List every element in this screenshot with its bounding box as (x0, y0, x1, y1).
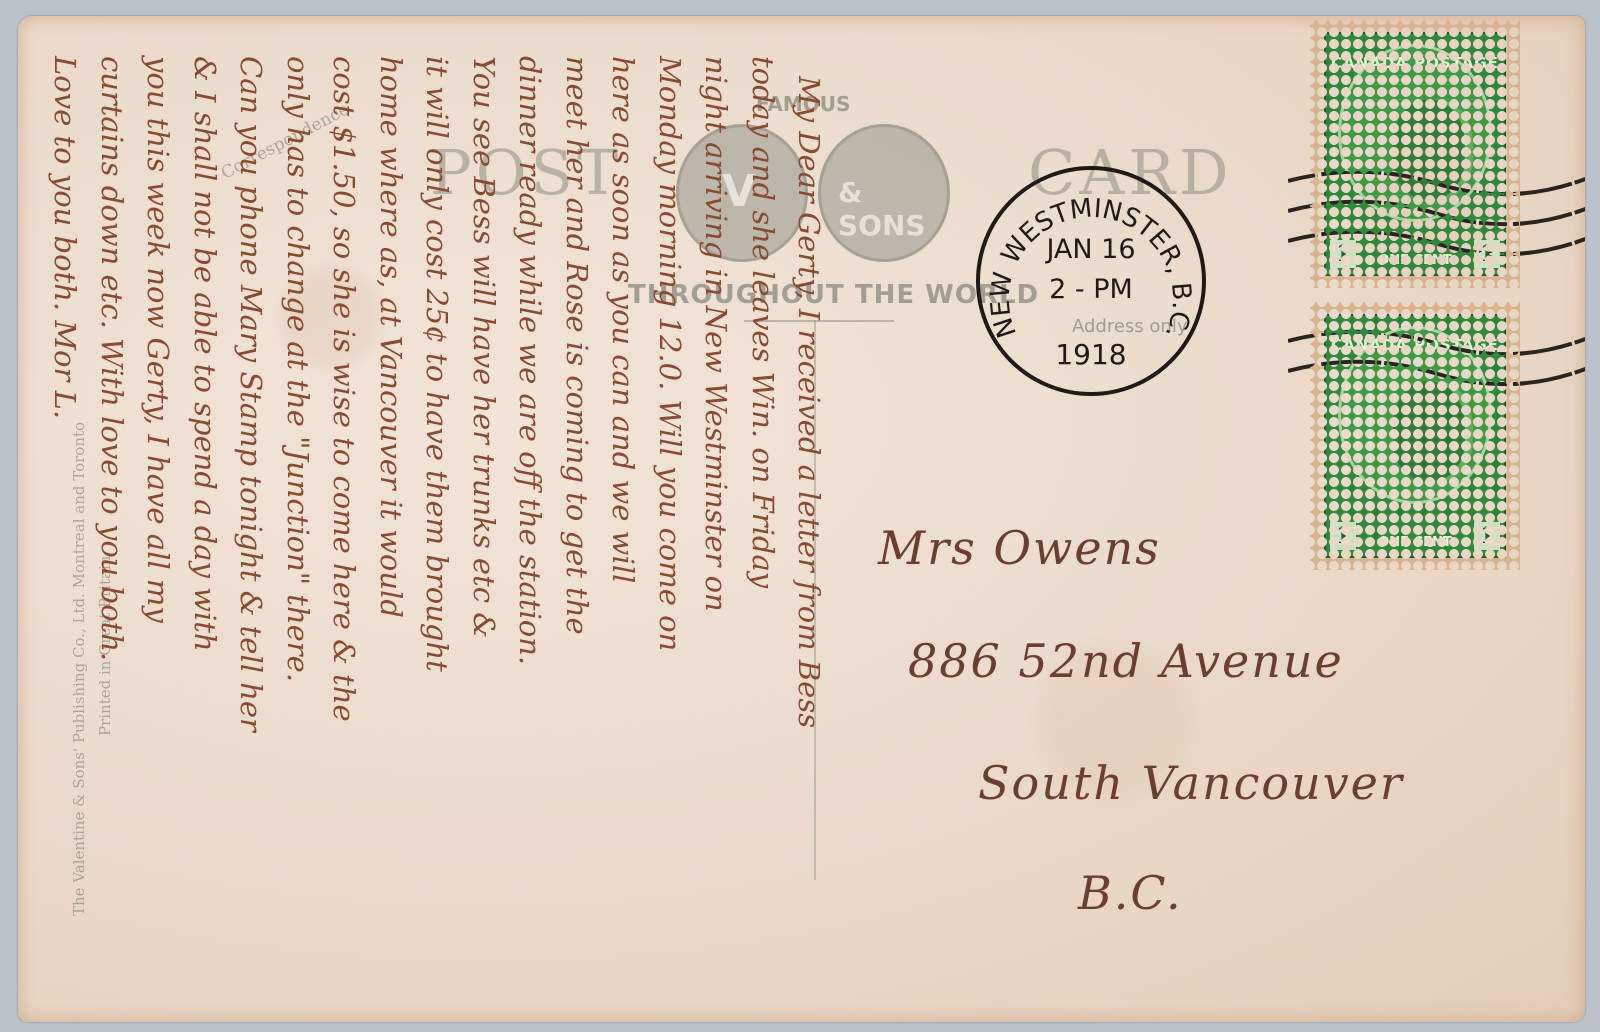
svg-text:NEW WESTMINSTER, B.C.: NEW WESTMINSTER, B.C. (985, 193, 1196, 343)
postmark-date: JAN 16 (980, 234, 1202, 265)
globe-left-icon: V (676, 124, 808, 262)
message-line: You see Bess will have her trunks etc & (467, 56, 501, 638)
message-line: today and she leaves Win. on Friday (746, 56, 780, 588)
message-line: home where as, at Vancouver it would (374, 56, 408, 618)
postmark-year: 1918 (980, 338, 1202, 371)
message-line: Can you phone Mary Stamp tonight & tell … (234, 56, 268, 732)
recipient-province: B.C. (1078, 866, 1183, 920)
postmark-time: 2 - PM (980, 274, 1202, 305)
publisher-imprint: The Valentine & Sons' Publishing Co., Lt… (70, 422, 88, 916)
postcard-back: FAMOUS POST CARD V & SONS THROUGHOUT THE… (18, 16, 1585, 1022)
postage-stamp: CANADA POSTAGE11ONE CENT (1310, 302, 1520, 570)
message-line: it will only cost 25¢ to have them broug… (420, 56, 454, 672)
message-line: meet her and Rose is coming to get the (560, 56, 594, 635)
message-line: dinner ready while we are off the statio… (513, 56, 547, 665)
stamp-country: CANADA POSTAGE (1326, 336, 1504, 354)
king-portrait-icon (1393, 99, 1473, 199)
message-line: you this week now Gerty, I have all my (141, 56, 175, 623)
message-line: My Dear Gerty, I received a letter from … (792, 76, 826, 728)
message-line: only has to change at the "Junction" the… (281, 56, 315, 682)
message-line: & I shall not be able to spend a day wit… (188, 56, 222, 652)
recipient-name: Mrs Owens (878, 521, 1161, 575)
message-line: night arriving in New Westminster on (699, 56, 733, 612)
message-line: here as soon as you can and we will (606, 56, 640, 583)
postage-stamp: CANADA POSTAGE11ONE CENT (1310, 20, 1520, 288)
stamp-country: CANADA POSTAGE (1326, 54, 1504, 72)
stamp-denomination: ONE CENT (1326, 254, 1504, 268)
stamp-denomination: ONE CENT (1326, 536, 1504, 550)
message-line: cost $1.50, so she is wise to come here … (327, 56, 361, 722)
postmark: NEW WESTMINSTER, B.C. JAN 16 2 - PM 1918 (976, 166, 1206, 396)
message-line: Love to you both. Mor L. (48, 56, 82, 419)
recipient-street: 886 52nd Avenue (908, 634, 1344, 688)
recipient-city: South Vancouver (978, 756, 1404, 810)
king-portrait-icon (1393, 381, 1473, 481)
globe-right-icon: & SONS (818, 124, 950, 262)
message-line: Monday morning 12.0. Will you come on (653, 56, 687, 651)
message-line: curtains down etc. With love to you both… (95, 56, 129, 661)
